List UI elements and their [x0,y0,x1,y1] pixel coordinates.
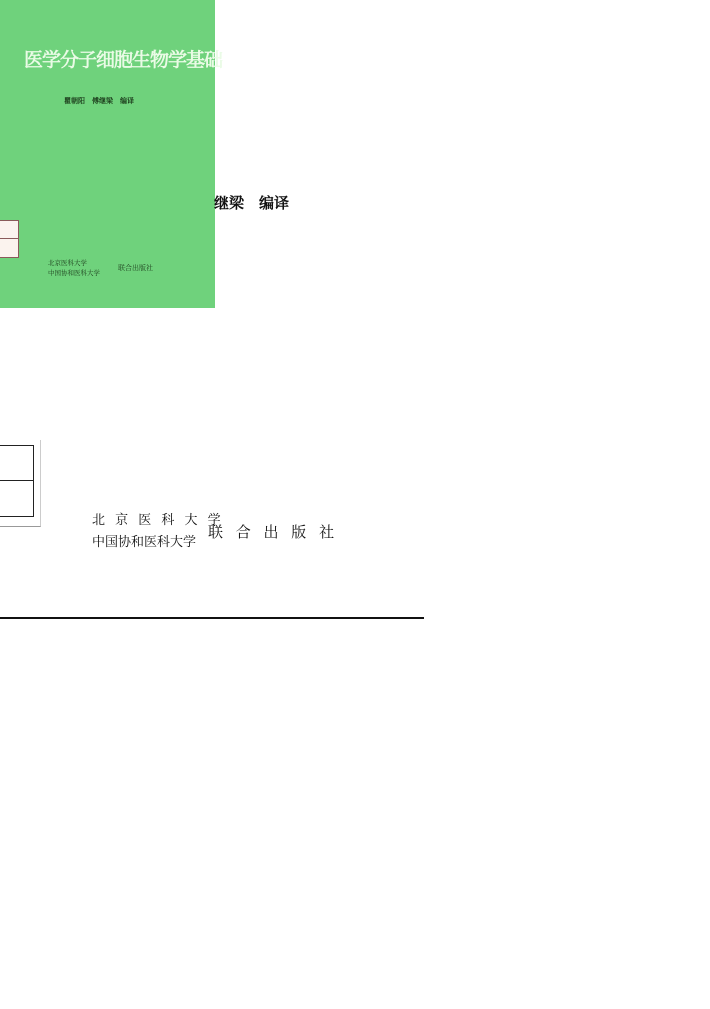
book-cover-thumbnail: 医学分子细胞生物学基础 瞿朝阳 傅继梁 编译 北京医科大学 中国协和医科大学 联… [0,0,215,308]
cover-title: 医学分子细胞生物学基础 [24,45,204,72]
cover-library-label [0,220,19,258]
library-label [0,445,34,517]
page-rule [0,617,424,619]
cover-publisher-line2: 中国协和医科大学 [48,268,100,278]
author-fragment: 继梁 编译 [214,192,289,213]
publisher-line1: 北 京 医 科 大 学 [92,510,224,532]
cover-publisher-line1: 北京医科大学 [48,258,100,268]
cover-publisher-joint: 联合出版社 [118,263,153,273]
cover-publisher: 北京医科大学 中国协和医科大学 联合出版社 [48,258,100,278]
cover-authors: 瞿朝阳 傅继梁 编译 [64,96,134,106]
publisher-block: 北 京 医 科 大 学 中国协和医科大学 联 合 出 版 社 [92,510,224,554]
publisher-joint: 联 合 出 版 社 [208,521,338,543]
publisher-line2: 中国协和医科大学 [92,532,224,554]
